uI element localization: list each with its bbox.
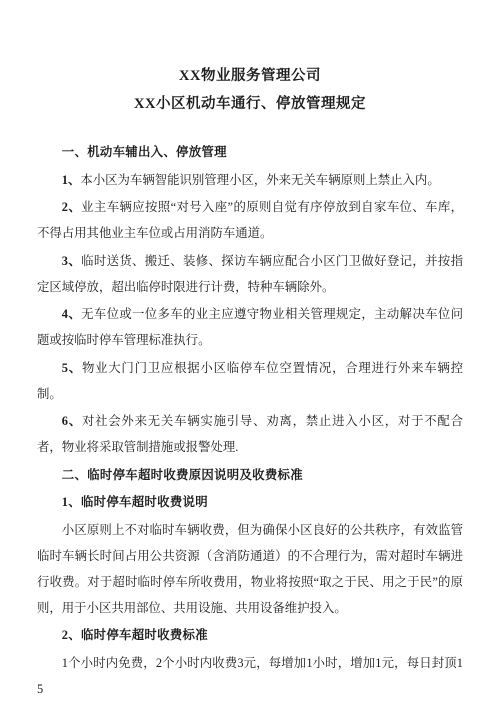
paragraph-3: 3、临时送货、搬迁、装修、探访车辆应配合小区门卫做好登记，并按指定区域停放，超出… bbox=[37, 248, 463, 300]
paragraph-7: 小区原则上不对临时车辆收费，但为确保小区良好的公共秩序，有效监管临时车辆长时间占… bbox=[37, 517, 463, 621]
subheading-text: 临时停车超时收费标准 bbox=[81, 628, 208, 642]
subheading-number: 2、 bbox=[62, 628, 81, 642]
sub-heading-2: 2、临时停车超时收费标准 bbox=[37, 622, 463, 648]
paragraph-4: 4、无车位或一位多车的业主应遵守物业相关管理规定，主动解决车位问题或按临时停车管… bbox=[37, 301, 463, 353]
paragraph-text: 对社会外来无关车辆实施引导、劝离，禁止进入小区，对于不配合者，物业将采取管制措施… bbox=[37, 414, 463, 454]
paragraph-5: 5、物业大门门卫应根据小区临停车位空置情况，合理进行外来车辆控制。 bbox=[37, 355, 463, 407]
paragraph-8: 1个小时内免费，2个小时内收费3元，每增加1小时，增加1元，每日封顶15 bbox=[37, 650, 463, 702]
paragraph-number: 1、 bbox=[62, 173, 81, 187]
paragraph-text: 无车位或一位多车的业主应遵守物业相关管理规定，主动解决车位问题或按临时停车管理标… bbox=[37, 307, 463, 347]
paragraph-text: 物业大门门卫应根据小区临停车位空置情况，合理进行外来车辆控制。 bbox=[37, 361, 463, 401]
subheading-number: 1、 bbox=[62, 495, 81, 509]
paragraph-number: 4、 bbox=[62, 307, 81, 321]
paragraph-number: 2、 bbox=[62, 200, 81, 214]
section-heading-2: 二、临时停车超时收费原因说明及收费标准 bbox=[37, 462, 463, 488]
paragraph-number: 3、 bbox=[62, 254, 81, 268]
paragraph-2: 2、业主车辆应按照“对号入座”的原则自觉有序停放到自家车位、车库，不得占用其他业… bbox=[37, 194, 463, 246]
subheading-text: 临时停车超时收费说明 bbox=[81, 495, 208, 509]
paragraph-text: 1个小时内免费，2个小时内收费3元，每增加1小时，增加1元，每日封顶15 bbox=[37, 656, 463, 696]
doc-title-line-1: XX物业服务管理公司 bbox=[37, 62, 463, 90]
paragraph-text: 临时送货、搬迁、装修、探访车辆应配合小区门卫做好登记，并按指定区域停放，超出临停… bbox=[37, 254, 463, 294]
heading-text: 机动车辅出入、停放管理 bbox=[87, 145, 227, 159]
heading-text: 临时停车超时收费原因说明及收费标准 bbox=[87, 468, 303, 482]
paragraph-text: 本小区为车辆智能识别管理小区，外来无关车辆原则上禁止入内。 bbox=[80, 173, 439, 187]
paragraph-number: 5、 bbox=[62, 361, 82, 375]
paragraph-text: 业主车辆应按照“对号入座”的原则自觉有序停放到自家车位、车库，不得占用其他业主车… bbox=[37, 200, 463, 240]
document-page: XX物业服务管理公司 XX小区机动车通行、停放管理规定 一、机动车辅出入、停放管… bbox=[0, 0, 500, 707]
paragraph-text: 小区原则上不对临时车辆收费，但为确保小区良好的公共秩序，有效监管临时车辆长时间占… bbox=[37, 523, 463, 615]
doc-title-line-2: XX小区机动车通行、停放管理规定 bbox=[37, 90, 463, 118]
paragraph-6: 6、对社会外来无关车辆实施引导、劝离，禁止进入小区，对于不配合者，物业将采取管制… bbox=[37, 408, 463, 460]
heading-number: 一、 bbox=[62, 145, 87, 159]
document-body: 一、机动车辅出入、停放管理 1、本小区为车辆智能识别管理小区，外来无关车辆原则上… bbox=[37, 139, 463, 702]
paragraph-number: 6、 bbox=[62, 414, 82, 428]
paragraph-1: 1、本小区为车辆智能识别管理小区，外来无关车辆原则上禁止入内。 bbox=[37, 167, 463, 193]
heading-number: 二、 bbox=[62, 468, 87, 482]
section-heading-1: 一、机动车辅出入、停放管理 bbox=[37, 139, 463, 165]
sub-heading-1: 1、临时停车超时收费说明 bbox=[37, 489, 463, 515]
